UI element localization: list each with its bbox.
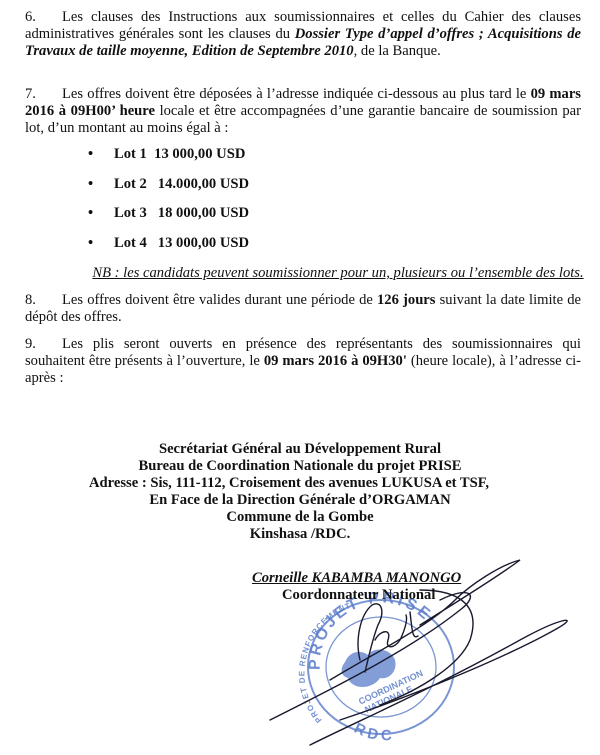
signatory-title: Coordonnateur National	[280, 587, 461, 604]
official-stamp-icon: PROJET PRISE PROJET DE RENFORCEMENT RDC …	[0, 0, 600, 755]
svg-text:RDC: RDC	[351, 720, 396, 745]
signatory-block: Corneille KABAMBA MANONGO Coordonnateur …	[252, 570, 461, 604]
signatory-name: Corneille KABAMBA MANONGO	[252, 570, 461, 587]
